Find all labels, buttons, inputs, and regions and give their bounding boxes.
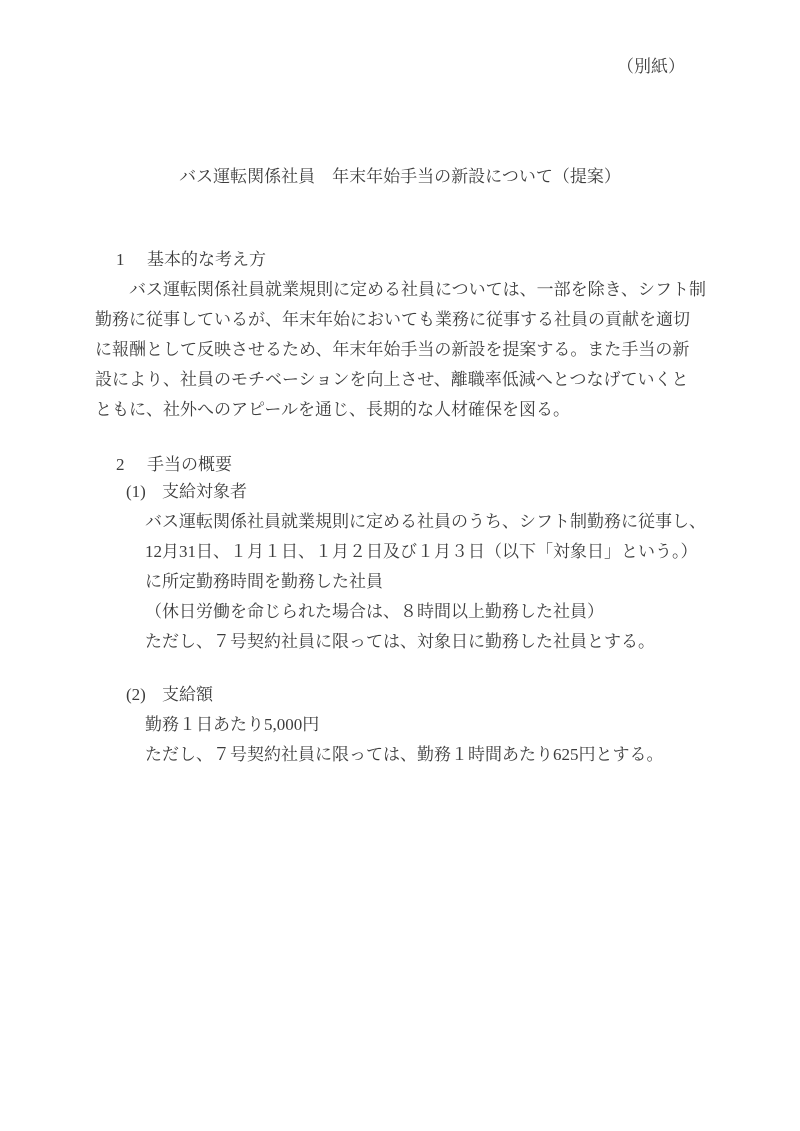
subsection-1-title: 支給対象者 [162, 477, 247, 507]
subsection-1-heading: (1) 支給対象者 [126, 477, 247, 507]
section-1-title: 基本的な考え方 [147, 245, 266, 275]
body-line: ただし、７号契約社員に限っては、対象日に勤務した社員とする。 [145, 627, 706, 657]
section-2-number: 2 [116, 450, 147, 480]
body-line: 12月31日、１月１日、１月２日及び１月３日（以下「対象日」という。） [145, 537, 706, 567]
document-page: （別紙） バス運転関係社員 年末年始手当の新設について（提案） 1 基本的な考え… [0, 0, 800, 1131]
subsection-2-title: 支給額 [162, 680, 213, 710]
section-2-heading: 2 手当の概要 [116, 450, 232, 480]
subsection-2-heading: (2) 支給額 [126, 680, 213, 710]
subsection-1-body: バス運転関係社員就業規則に定める社員のうち、シフト制勤務に従事し、 12月31日… [145, 507, 706, 657]
body-line: （休日労働を命じられた場合は、８時間以上勤務した社員） [145, 597, 706, 627]
section-1-body: バス運転関係社員就業規則に定める社員については、一部を除き、シフト制 勤務に従事… [95, 275, 706, 425]
body-line: ともに、社外へのアピールを通じ、長期的な人材確保を図る。 [95, 395, 706, 425]
body-line: 勤務１日あたり5,000円 [145, 710, 664, 740]
body-line: バス運転関係社員就業規則に定める社員については、一部を除き、シフト制 [95, 275, 706, 305]
body-line: に所定勤務時間を勤務した社員 [145, 567, 706, 597]
body-line: 設により、社員のモチベーションを向上させ、離職率低減へとつなげていくと [95, 365, 706, 395]
document-title: バス運転関係社員 年末年始手当の新設について（提案） [0, 162, 800, 192]
body-line: バス運転関係社員就業規則に定める社員のうち、シフト制勤務に従事し、 [145, 507, 706, 537]
subsection-2-body: 勤務１日あたり5,000円 ただし、７号契約社員に限っては、勤務１時間あたり62… [145, 710, 664, 770]
body-line: ただし、７号契約社員に限っては、勤務１時間あたり625円とする。 [145, 740, 664, 770]
body-line: に報酬として反映させるため、年末年始手当の新設を提案する。また手当の新 [95, 335, 706, 365]
body-line: 勤務に従事しているが、年末年始においても業務に従事する社員の貢献を適切 [95, 305, 706, 335]
attachment-corner-note: （別紙） [617, 52, 685, 82]
subsection-2-number: (2) [126, 680, 162, 710]
section-2-title: 手当の概要 [147, 450, 232, 480]
section-1-heading: 1 基本的な考え方 [116, 245, 266, 275]
section-1-number: 1 [116, 245, 147, 275]
subsection-1-number: (1) [126, 477, 162, 507]
